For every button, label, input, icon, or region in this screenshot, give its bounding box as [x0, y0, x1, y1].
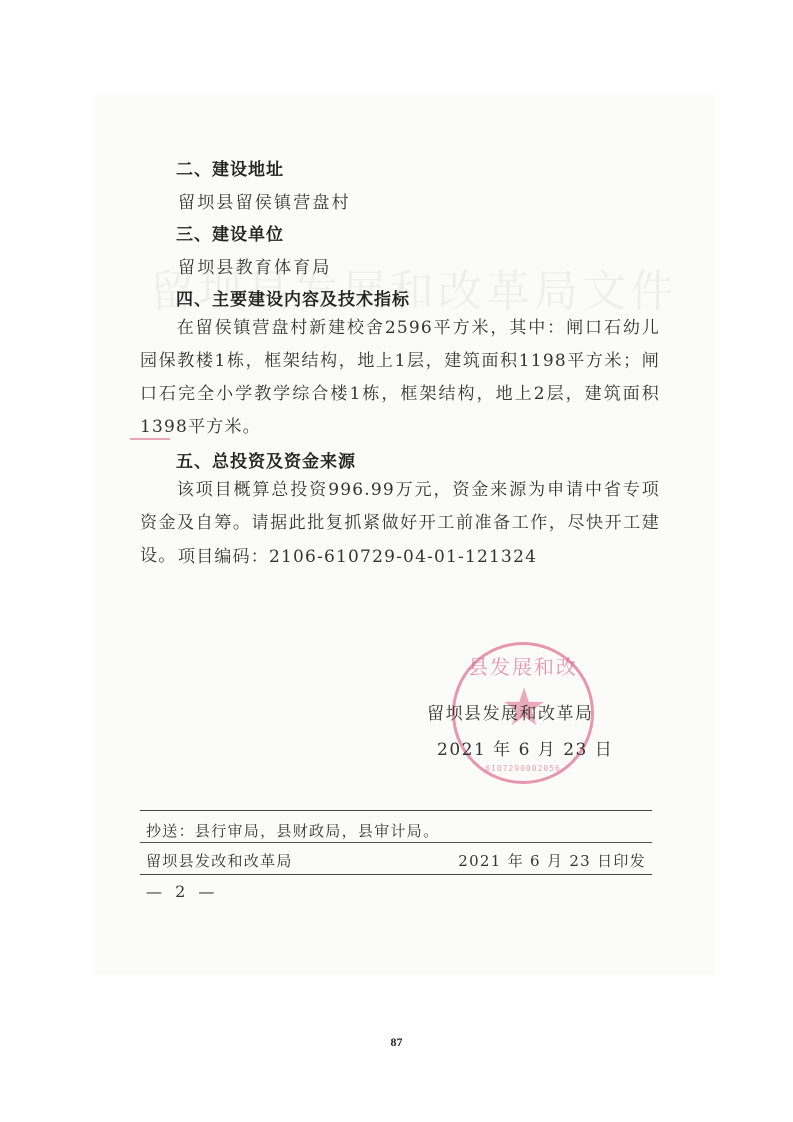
section-heading-address: 二、建设地址 — [176, 155, 284, 180]
section-body-unit: 留坝县教育体育局 — [178, 253, 332, 278]
seal-code: 6107290002056 — [455, 764, 591, 773]
section-heading-content: 四、主要建设内容及技术指标 — [176, 285, 410, 310]
footer-rule-bottom — [140, 874, 652, 875]
section-body-address: 留坝县留侯镇营盘村 — [178, 188, 351, 213]
section-body-content: 在留侯镇营盘村新建校舍2596平方米，其中：闸口石幼儿园保教楼1栋，框架结构，地… — [140, 312, 660, 444]
content-text: 在留侯镇营盘村新建校舍2596平方米，其中：闸口石幼儿园保教楼1栋，框架结构，地… — [140, 318, 660, 437]
footer-issuer: 留坝县发改和改革局 — [146, 850, 293, 871]
footer-rule-top — [140, 810, 652, 811]
project-code-label: 项目编码： — [178, 547, 269, 567]
print-page-number: 87 — [0, 1035, 793, 1050]
section-heading-unit: 三、建设单位 — [176, 220, 284, 245]
footer-rule-middle — [140, 842, 652, 843]
project-code: 项目编码：2106-610729-04-01-121324 — [178, 542, 537, 567]
signature-issuer: 留坝县发展和改革局 — [427, 699, 594, 724]
footer-print-date: 2021 年 6 月 23 日印发 — [458, 850, 646, 871]
project-code-value: 2106-610729-04-01-121324 — [269, 547, 537, 567]
cc-text: 抄送：县行审局，县财政局，县审计局。 — [146, 820, 439, 841]
footer-cc-row: 抄送：县行审局，县财政局，县审计局。 — [146, 820, 646, 841]
seal-arc-text: 县发展和改 — [455, 651, 591, 680]
signature-date: 2021 年 6 月 23 日 — [437, 735, 613, 760]
section-heading-investment: 五、总投资及资金来源 — [176, 447, 356, 472]
pink-mark — [130, 438, 170, 440]
footer-issuer-row: 留坝县发改和改革局 2021 年 6 月 23 日印发 — [146, 850, 646, 871]
document-page-number: — 2 — — [146, 882, 218, 901]
